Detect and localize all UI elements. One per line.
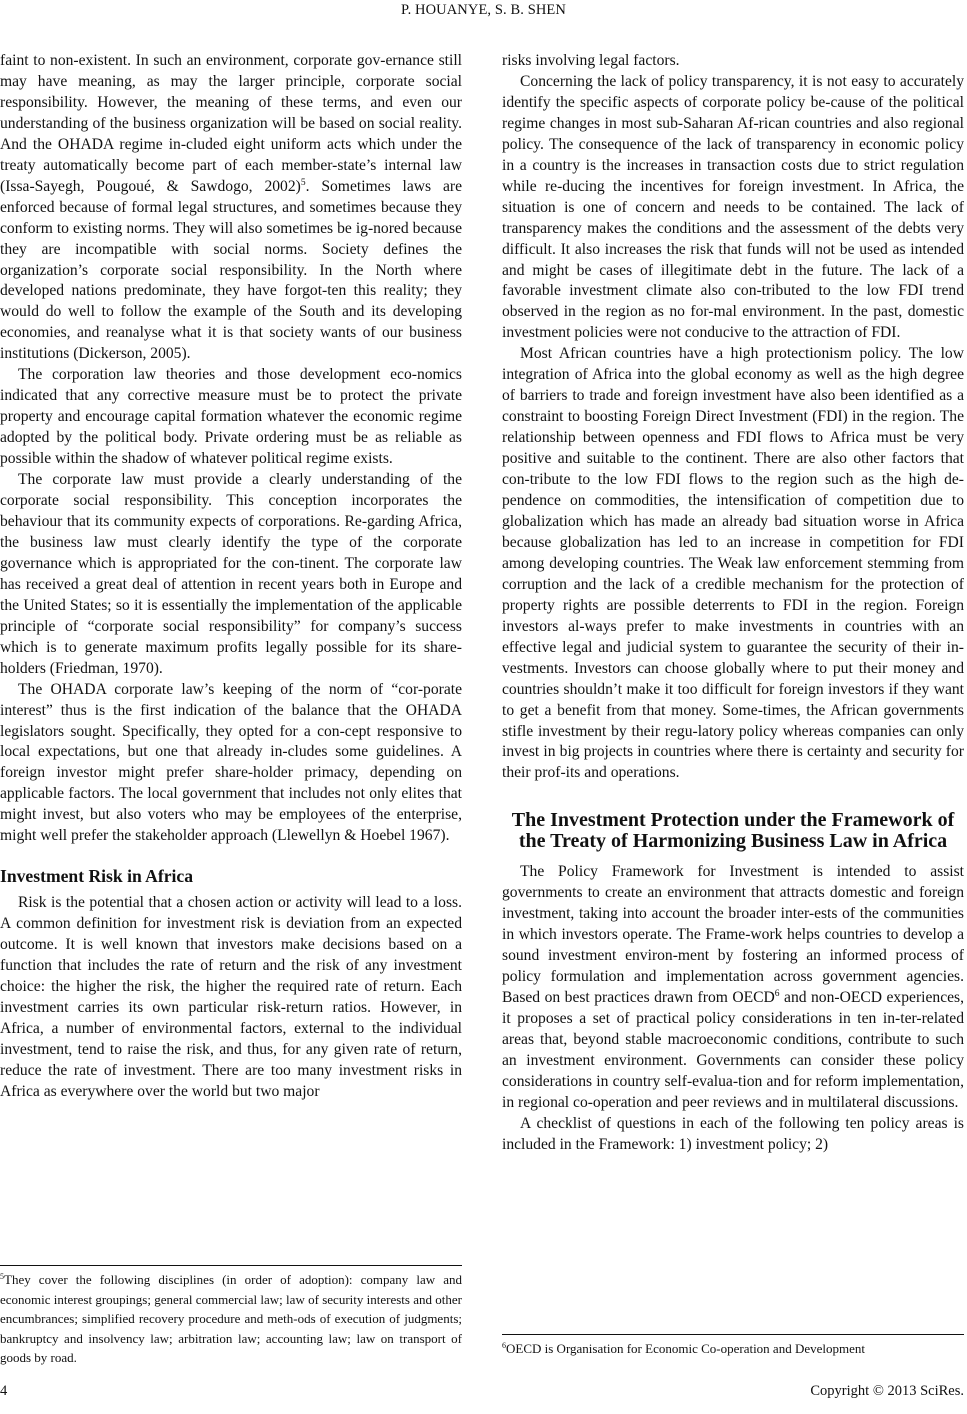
right-column: risks involving legal factors. Concernin… [502, 51, 964, 1156]
paragraph: A checklist of questions in each of the … [502, 1114, 964, 1156]
footnote-6: 6OECD is Organisation for Economic Co-op… [502, 1334, 964, 1359]
paragraph: The OHADA corporate law’s keeping of the… [0, 680, 462, 848]
paragraph-text: . Sometimes laws are enforced because of… [0, 178, 462, 363]
left-column: faint to non-existent. In such an enviro… [0, 51, 462, 1103]
copyright-notice: Copyright © 2013 SciRes. [810, 1381, 964, 1401]
paragraph: risks involving legal factors. [502, 51, 964, 72]
paragraph-text: and non-OECD experiences, it proposes a … [502, 989, 964, 1111]
paragraph: Risk is the potential that a chosen acti… [0, 893, 462, 1103]
paragraph: The corporate law must provide a clearly… [0, 470, 462, 680]
paragraph: Concerning the lack of policy transparen… [502, 72, 964, 344]
section-heading: Investment Risk in Africa [0, 865, 462, 887]
paragraph-text: faint to non-existent. In such an enviro… [0, 52, 462, 195]
paragraph: Most African countries have a high prote… [502, 344, 964, 784]
paragraph: The Policy Framework for Investment is i… [502, 862, 964, 1113]
footnote-5: 5They cover the following disciplines (i… [0, 1265, 462, 1368]
paragraph-text: The Policy Framework for Investment is i… [502, 863, 964, 1006]
section-heading: The Investment Protection under the Fram… [502, 810, 964, 852]
running-head: P. HOUANYE, S. B. SHEN [0, 0, 967, 20]
page-number: 4 [0, 1381, 7, 1401]
footnote-text: OECD is Organisation for Economic Co-ope… [506, 1341, 865, 1356]
paragraph: The corporation law theories and those d… [0, 365, 462, 470]
paragraph: faint to non-existent. In such an enviro… [0, 51, 462, 365]
footnote-text: They cover the following disciplines (in… [0, 1272, 462, 1365]
